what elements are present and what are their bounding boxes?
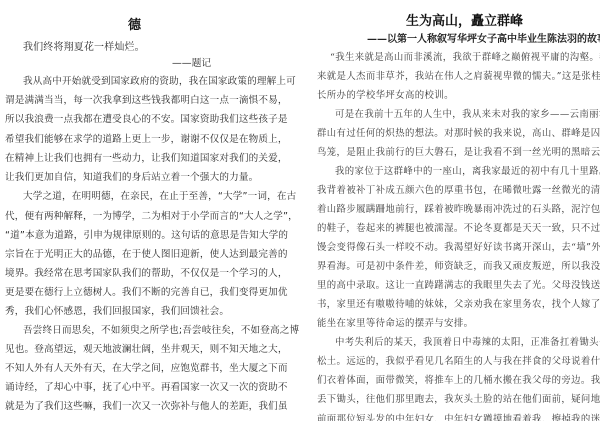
paragraph-line: 我的家位于这群峰中的一座山，离我家最近的初中有几十里路。每天，: [335, 163, 600, 177]
paragraph-line: 松土。远远的，我似乎看见几名陌生的人与我在拌食的父母说着什么，他: [317, 353, 600, 367]
paragraph-line: 代，便有两种解释，一为博学，二为相对于小学而言的“大人之学”，: [5, 208, 298, 222]
paragraph-line: 就是为了我们这些嘛，我们一次又一次弥补与他人的差距，我们虽: [5, 398, 288, 412]
paragraph-line: 谓是满满当当，每一次我拿到这些钱我都明白这一点一滴惧不易，: [5, 92, 288, 106]
document-page-left: 德 我们终将翔夏花一样灿烂。 ——题记 我从高中开始就受到国家政府的资助，我在国…: [0, 0, 300, 421]
paragraph-line: 界看海。可是初中条件差，师资缺乏，而我又顽皮叛逆，所以我没有被县: [317, 258, 600, 272]
paragraph-line: 所以我浪费一点我都在遭受良心的不安。国家资助我们这些孩子是: [5, 111, 288, 125]
document-page-right: 生为高山，矗立群峰 ——以第一人称叙写华坪女子高中毕业生陈法羽的故事 “我生来就…: [300, 0, 600, 421]
paragraph-line: 不知人外有人天外有天，在大学之间，应饱览群书，坐大厦之下而: [5, 360, 288, 374]
paragraph-line: 书，家里还有嗷嗷待哺的妹妹，父亲劝我在家里务农，找个人嫁了，我只: [317, 296, 600, 310]
paragraph-line: 希望我们能够在求学的道路上更上一步，谢谢不仅仅是在物质上，: [5, 131, 288, 145]
paragraph-line: 在精神上让我们也拥有一些动力，让我们知道国家对我们的关爱，: [5, 150, 288, 164]
paragraph-line: 长所办的学校华坪女高的校训。: [317, 87, 454, 101]
paragraph-line: 我背着被补丁补成五颜六色的厚重书包，在晞微吐露一丝微光的清晨摸索: [317, 182, 600, 196]
paragraph-line: 群山有过任何的炽热的想法。对那时候的我来说，高山、群峰是囚禁我的: [317, 125, 600, 139]
paragraph-line: 让我们更加自信，知道我们的身后站立着一个强大的力量。: [5, 169, 258, 183]
paragraph-line: 中考失利后的某天，我顶着日中毒辣的太阳，正准备扛着锄头去田地: [335, 334, 600, 348]
paragraph-line: 吾尝终日而思矣，不如须臾之所学也;吾尝岐往矣，不如登高之博: [23, 322, 299, 336]
paragraph-line: 可是在我前十五年的人生中，我从来未对我的家乡——云南丽江中的: [335, 106, 600, 120]
paragraph-line: 见也。登高望远，观天地波澜壮阔，坐井观天，则不知天地之大，: [5, 341, 288, 355]
paragraph-line: 大学之道，在明明德，在亲民，在止于至善，“大学”一词，在古: [23, 188, 296, 202]
paragraph-line: 里的高中录取。这让一直踌躇满志的我眼里失去了光。父母没钱送我去读: [317, 277, 600, 291]
paragraph-line: 更是要在德行上立德树人。我们不断的完善自已，我们变得更加优: [5, 284, 288, 298]
paragraph-line: 诵诗经，了却心中事，抚了心中平。再看国家一次又一次的资助不: [5, 379, 288, 393]
paragraph-line: 秀，我们心怀感恩，我们回报国家，我们回馈社会。: [5, 303, 229, 317]
paragraph-line: 丢下锄头，往他们那里跑去，我灰头土脸的站在他们面前，疑问地看向最: [317, 391, 600, 405]
paragraph-line: 着山路步履蹒跚地前行，踩着被昨晚暴雨冲洗过的石头路，泥泞包裹着我: [317, 201, 600, 215]
epigraph-source: ——题记: [172, 55, 211, 69]
paragraph-line: 境界。我经常在思考国家队我们的帮助，不仅仅是一个学习的人，: [5, 265, 288, 279]
page-subtitle: ——以第一人称叙写华坪女子高中毕业生陈法羽的故事: [367, 30, 600, 45]
page-title: 生为高山，矗立群峰: [406, 10, 523, 29]
paragraph-line: 来就是人杰而非草芥，我站在伟人之肩藐视卑微的懦夫。”这是张桂梅校: [317, 68, 600, 82]
paragraph-line: 馒会变得像石头一样咬不动。我渴望好好读书离开深山，去“墙”外的世: [317, 239, 600, 253]
paragraph-line: 前面那位短头发的中年妇女，中年妇女蹲摸地看着我，擦掉我的迷阳脚路: [317, 411, 600, 421]
page-title: 德: [128, 14, 141, 33]
paragraph-line: 们衣着体面，面带微笑，将推车上的几桶水搬在我父母的旁边。我好奇地: [317, 372, 600, 386]
paragraph-line: 鸟笼，是阻止我前行的巨大磐石，是让我看不到一丝光明的黑暗云翳。: [317, 144, 600, 158]
epigraph: 我们终将翔夏花一样灿烂。: [23, 38, 145, 53]
paragraph-line: 我从高中开始就受到国家政府的资助，我在国家政策的理解上可: [23, 73, 296, 87]
paragraph-line: 宗旨在于光明正大的品德，在于使人图旧迎新，使人达到最完善的: [5, 246, 288, 260]
paragraph-line: “道”本意为道路，引申为规律原则的。这句话的意思是告知大学的: [5, 227, 288, 241]
paragraph-line: “我生来就是高山而非溪流，我欲于群峰之巅俯视平庸的沟壑。我生: [330, 49, 600, 63]
paragraph-line: 的鞋子，卷起来的裤腿也被濡湿。不论冬夏都是天天一致，只不过冬天馒: [317, 220, 600, 234]
paragraph-line: 能坐在家里等待命运的摆弄与安排。: [317, 315, 473, 329]
